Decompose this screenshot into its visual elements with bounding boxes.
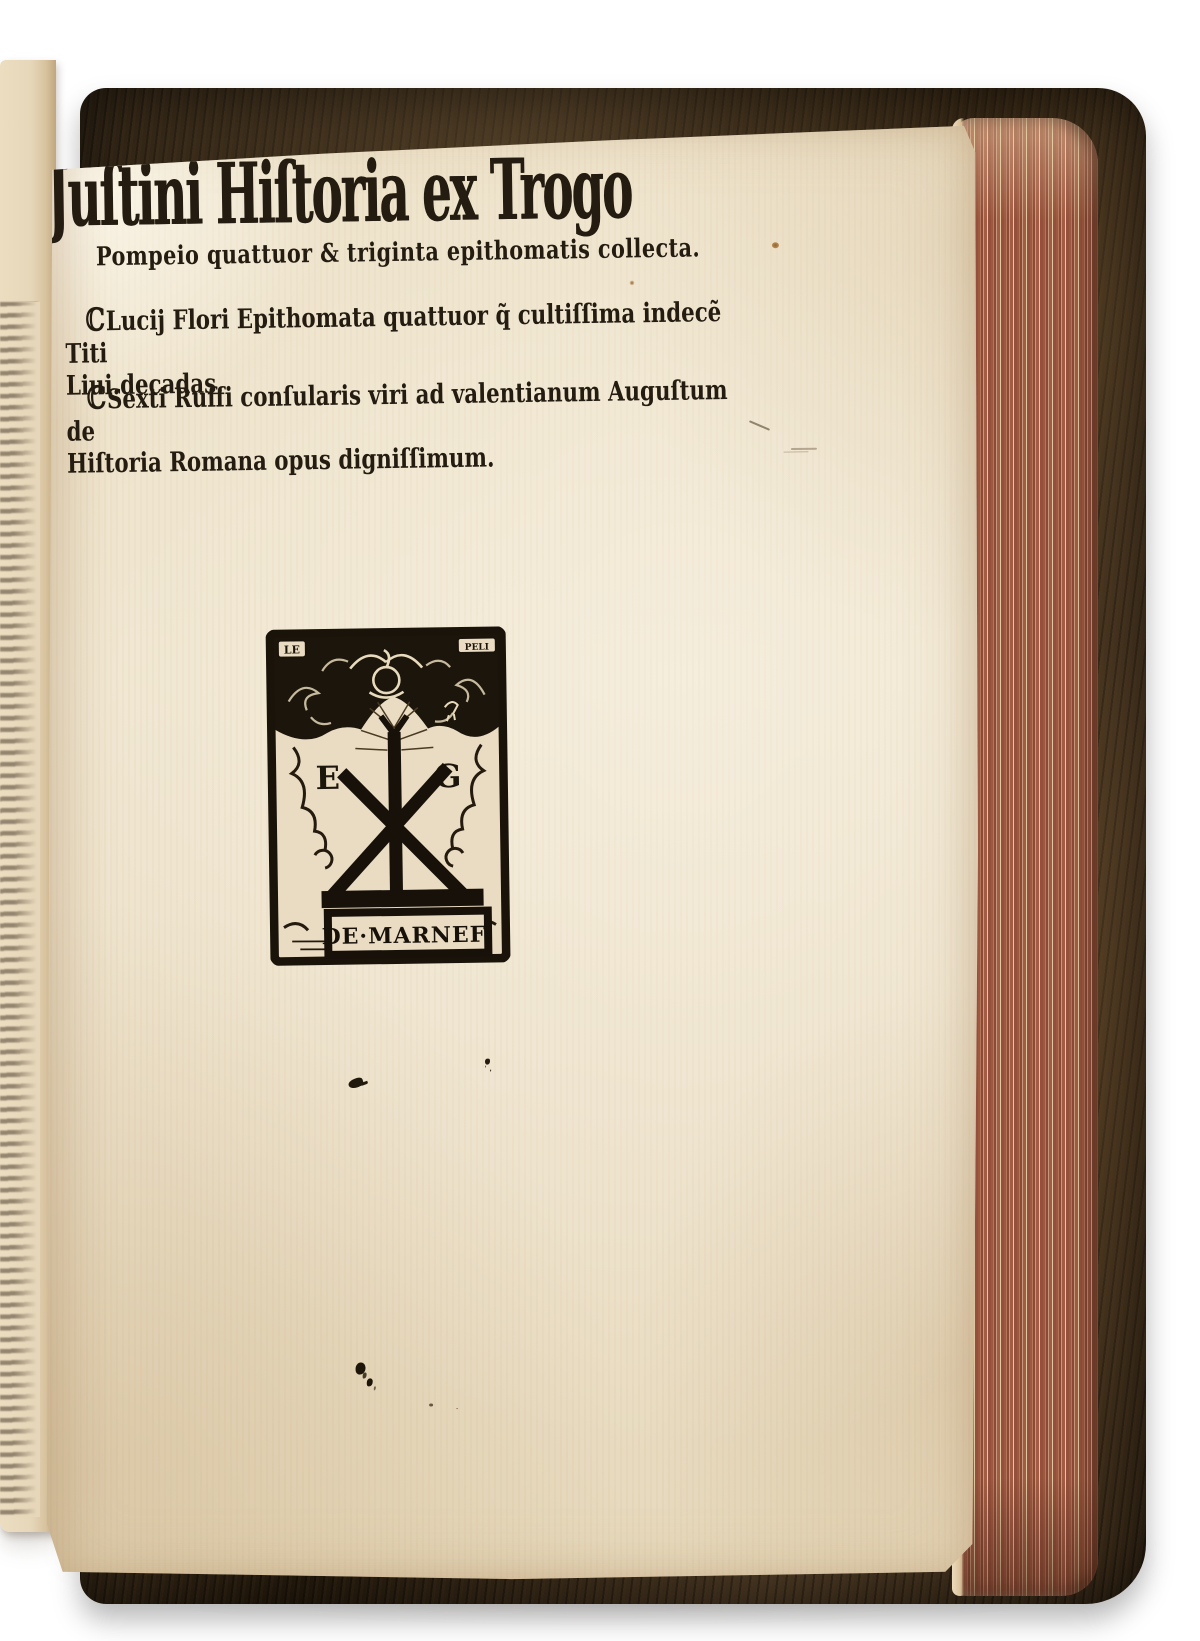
- fox-spot: [629, 280, 634, 285]
- entry-line: Sexti Ruffi conſularis viri ad valentian…: [66, 375, 727, 448]
- dust-speck: [429, 1403, 433, 1406]
- entry-line: Lucij Flori Epithomata quattuor q̃ culti…: [65, 297, 721, 370]
- initial-e: E: [315, 759, 340, 797]
- pilcrow-mark: ℂ: [86, 380, 107, 416]
- hairline-mark: [749, 420, 770, 430]
- monogram-base-bar: [321, 889, 483, 908]
- banderole-right: PELI: [458, 637, 496, 653]
- ink-stain: [485, 1059, 490, 1065]
- printer-device-woodcut: LE PELI: [266, 626, 511, 966]
- title-page: Juſtini Hiſtoria ex Trogo Pompeio quattu…: [44, 120, 978, 1582]
- banderole-left: LE: [278, 640, 306, 657]
- pilcrow-mark: ℂ: [85, 302, 106, 338]
- ink-smudge: [355, 1362, 365, 1374]
- device-banner: DE·MARNEF:: [321, 911, 495, 956]
- book-photograph: Juſtini Hiſtoria ex Trogo Pompeio quattu…: [0, 0, 1200, 1641]
- entry-line: Hiſtoria Romana opus digniſſimum.: [67, 439, 747, 481]
- ink-stain: [347, 1076, 364, 1089]
- svg-text:DE·MARNEF:: DE·MARNEF:: [321, 922, 494, 951]
- facing-page-fade: [0, 302, 40, 1517]
- entry-sexti-ruffi: ℂSexti Ruffi conſularis viri ad valentia…: [66, 373, 747, 481]
- faint-pencil-mark: [791, 448, 817, 450]
- fox-spot: [772, 242, 779, 248]
- svg-text:PELI: PELI: [465, 643, 489, 653]
- title-page-content: Juſtini Hiſtoria ex Trogo Pompeio quattu…: [44, 107, 1000, 1583]
- svg-text:LE: LE: [284, 643, 300, 656]
